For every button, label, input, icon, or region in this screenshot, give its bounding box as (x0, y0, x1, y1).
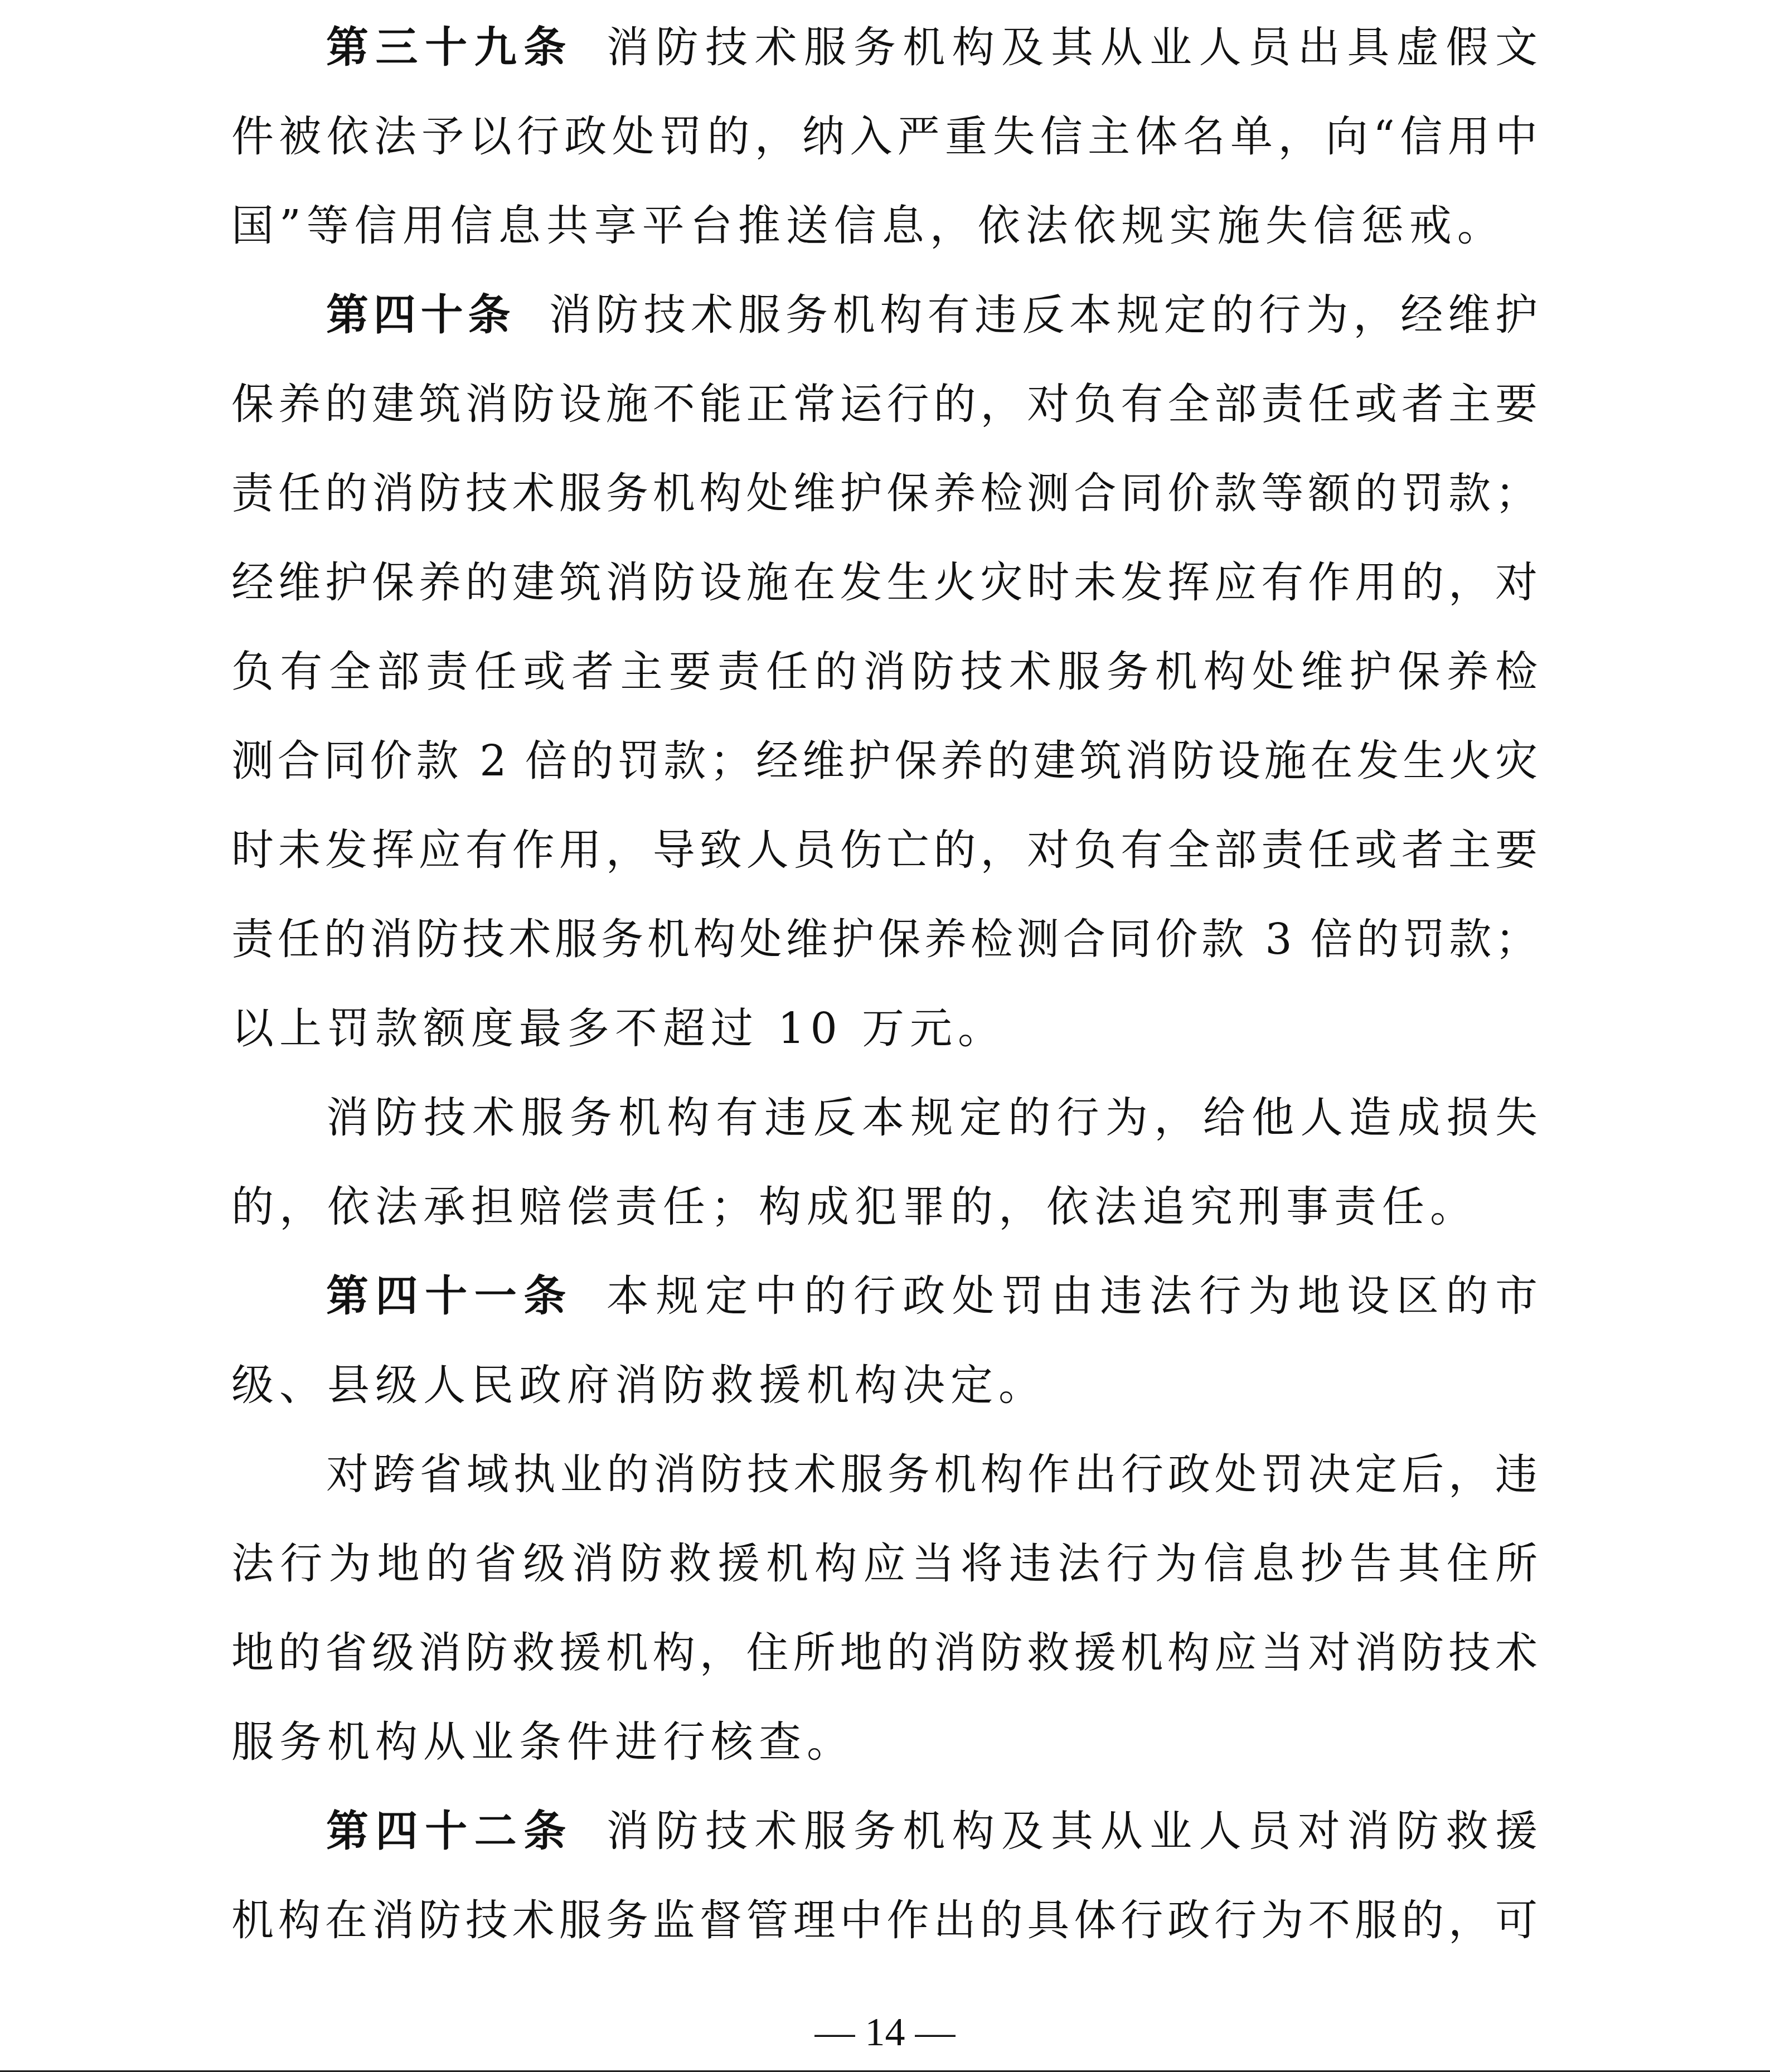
article-41-paragraph-2: 对跨省域执业的消防技术服务机构作出行政处罚决定后，违 法行为地的省级消防救援机构… (231, 1430, 1539, 1787)
article-41: 第四十一条本规定中的行政处罚由违法行为地设区的市 级、县级人民政府消防救援机构决… (231, 1251, 1539, 1430)
line-text: 消防技术服务机构及其从业人员出具虚假文 (607, 22, 1539, 72)
paragraph-line: 保养的建筑消防设施不能正常运行的，对负有全部责任或者主要 (231, 360, 1539, 449)
line-text: 消防技术服务机构及其从业人员对消防救援 (607, 1806, 1539, 1856)
paragraph-line: 负有全部责任或者主要责任的消防技术服务机构处维护保养检 (231, 627, 1539, 716)
article-40-paragraph-2: 消防技术服务机构有违反本规定的行为，给他人造成损失 的，依法承担赔偿责任；构成犯… (231, 1073, 1539, 1251)
article-heading: 第四十条 (326, 290, 516, 339)
paragraph-line: 法行为地的省级消防救援机构应当将违法行为信息抄告其住所 (231, 1519, 1539, 1608)
paragraph-line: 测合同价款 2 倍的罚款；经维护保养的建筑消防设施在发生火灾 (231, 716, 1539, 805)
paragraph-line: 时未发挥应有作用，导致人员伤亡的，对负有全部责任或者主要 (231, 805, 1539, 895)
paragraph-line: 件被依法予以行政处罚的，纳入严重失信主体名单，向“信用中 (231, 92, 1539, 181)
paragraph-line: 责任的消防技术服务机构处维护保养检测合同价款等额的罚款； (231, 449, 1539, 538)
paragraph-line: 第四十条消防技术服务机构有违反本规定的行为，经维护 (231, 270, 1539, 360)
paragraph-line: 消防技术服务机构有违反本规定的行为，给他人造成损失 (231, 1073, 1539, 1162)
paragraph-line: 机构在消防技术服务监督管理中作出的具体行政行为不服的，可 (231, 1876, 1539, 1965)
paragraph-line: 地的省级消防救援机构，住所地的消防救援机构应当对消防技术 (231, 1608, 1539, 1697)
article-42: 第四十二条消防技术服务机构及其从业人员对消防救援 机构在消防技术服务监督管理中作… (231, 1787, 1539, 1965)
paragraph-line: 对跨省域执业的消防技术服务机构作出行政处罚决定后，违 (231, 1430, 1539, 1519)
paragraph-line: 第三十九条消防技术服务机构及其从业人员出具虚假文 (231, 3, 1539, 92)
paragraph-line: 国”等信用信息共享平台推送信息，依法依规实施失信惩戒。 (231, 181, 1539, 270)
article-39: 第三十九条消防技术服务机构及其从业人员出具虚假文 件被依法予以行政处罚的，纳入严… (231, 3, 1539, 270)
paragraph-line: 责任的消防技术服务机构处维护保养检测合同价款 3 倍的罚款； (231, 895, 1539, 984)
paragraph-line: 服务机构从业条件进行核查。 (231, 1697, 1539, 1787)
line-text: 本规定中的行政处罚由违法行为地设区的市 (607, 1271, 1539, 1321)
article-heading: 第四十二条 (326, 1806, 573, 1856)
paragraph-line: 级、县级人民政府消防救援机构决定。 (231, 1341, 1539, 1430)
paragraph-line: 经维护保养的建筑消防设施在发生火灾时未发挥应有作用的，对 (231, 538, 1539, 627)
article-heading: 第三十九条 (326, 22, 573, 72)
article-40: 第四十条消防技术服务机构有违反本规定的行为，经维护 保养的建筑消防设施不能正常运… (231, 270, 1539, 1073)
paragraph-line: 的，依法承担赔偿责任；构成犯罪的，依法追究刑事责任。 (231, 1162, 1539, 1251)
body-text: 第三十九条消防技术服务机构及其从业人员出具虚假文 件被依法予以行政处罚的，纳入严… (231, 3, 1539, 1965)
line-text: 消防技术服务机构有违反本规定的行为，经维护 (549, 290, 1539, 339)
document-page: 第三十九条消防技术服务机构及其从业人员出具虚假文 件被依法予以行政处罚的，纳入严… (0, 0, 1770, 2072)
paragraph-line: 以上罚款额度最多不超过 10 万元。 (231, 984, 1539, 1073)
paragraph-line: 第四十二条消防技术服务机构及其从业人员对消防救援 (231, 1787, 1539, 1876)
page-number: — 14 — (0, 2007, 1770, 2057)
article-heading: 第四十一条 (326, 1271, 573, 1321)
paragraph-line: 第四十一条本规定中的行政处罚由违法行为地设区的市 (231, 1251, 1539, 1341)
